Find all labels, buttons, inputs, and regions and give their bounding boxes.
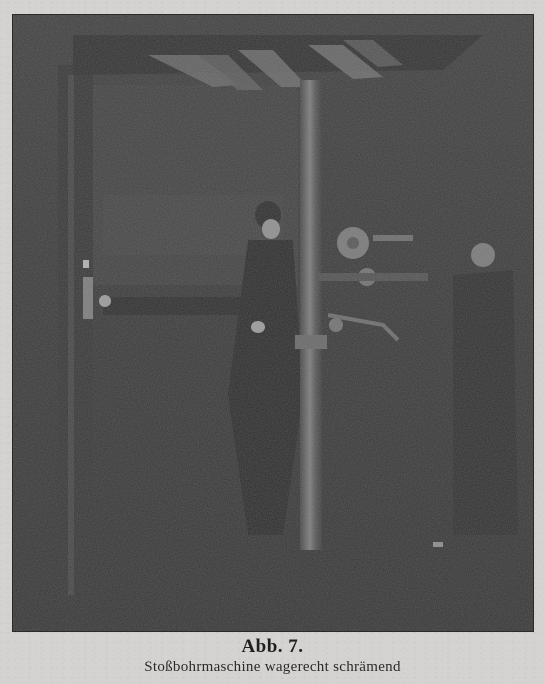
figure-caption: Stoßbohrmaschine wagerecht schrämend — [0, 659, 545, 676]
mine-scene-illustration — [13, 15, 533, 631]
figure-photo — [12, 14, 534, 632]
figure-label: Abb. 7. — [0, 636, 545, 658]
